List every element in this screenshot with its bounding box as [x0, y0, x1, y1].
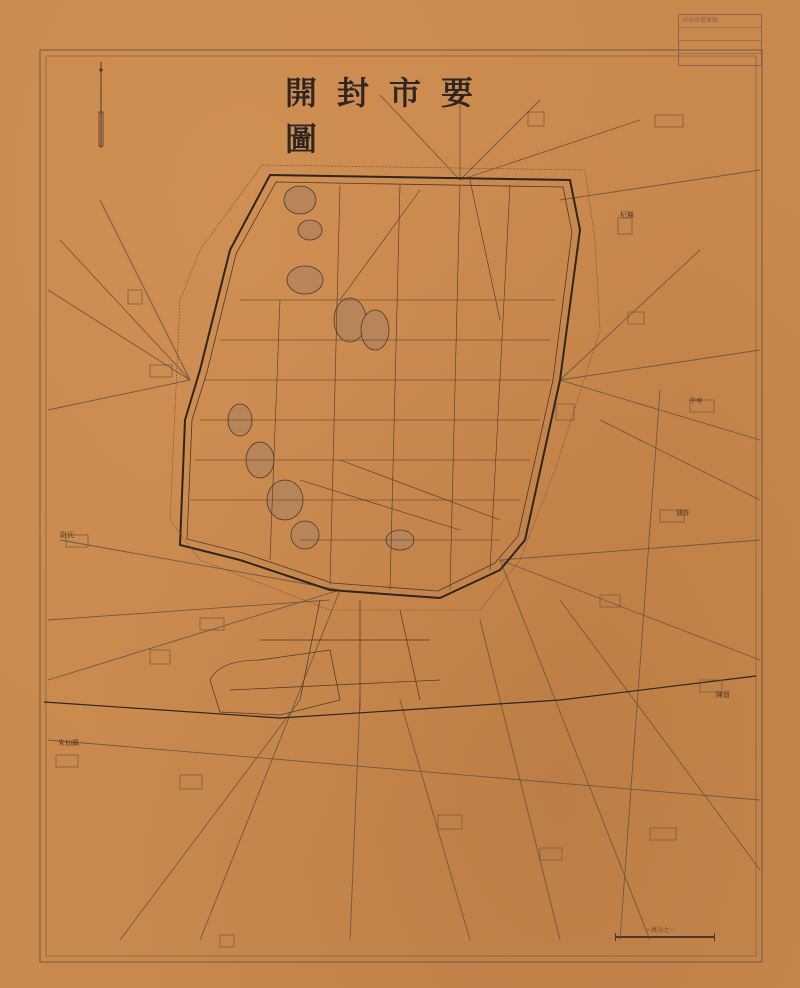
place-label: 陳留: [716, 690, 730, 700]
city-wall: [180, 175, 580, 598]
place-label: 尉氏: [60, 530, 74, 540]
outer-neatline: [40, 50, 762, 962]
place-label: 通許: [676, 508, 690, 518]
scale-tick-left: [615, 933, 616, 941]
place-label: 朱仙鎮: [58, 738, 79, 748]
archive-stamp: 河南省檔案館: [678, 14, 762, 66]
stamp-row-3: [679, 41, 761, 54]
scale-bar: 一萬分之一: [615, 925, 720, 947]
railway-line: [44, 676, 756, 718]
scale-label: 一萬分之一: [645, 925, 675, 934]
map-title: 開封市要圖: [285, 68, 535, 160]
place-label: 中牟: [689, 396, 703, 406]
scale-line: [615, 936, 715, 938]
lakes: [228, 186, 414, 550]
place-label: 杞縣: [620, 210, 634, 220]
map-sheet: 開封市要圖 河南省檔案館 一萬分之一 中牟 通許 尉氏 朱仙鎮 陳留 杞縣: [0, 0, 800, 988]
north-arrow-graphic: [99, 62, 103, 148]
stamp-row-2: [679, 28, 761, 41]
inner-neatline: [46, 56, 756, 956]
stamp-row-1: 河南省檔案館: [679, 15, 761, 28]
roads: [48, 95, 760, 940]
southern-suburb: [210, 600, 440, 715]
street-grid: [190, 180, 555, 590]
scale-tick-right: [714, 933, 715, 941]
stamp-row-4: [679, 54, 761, 66]
villages: [56, 112, 722, 947]
